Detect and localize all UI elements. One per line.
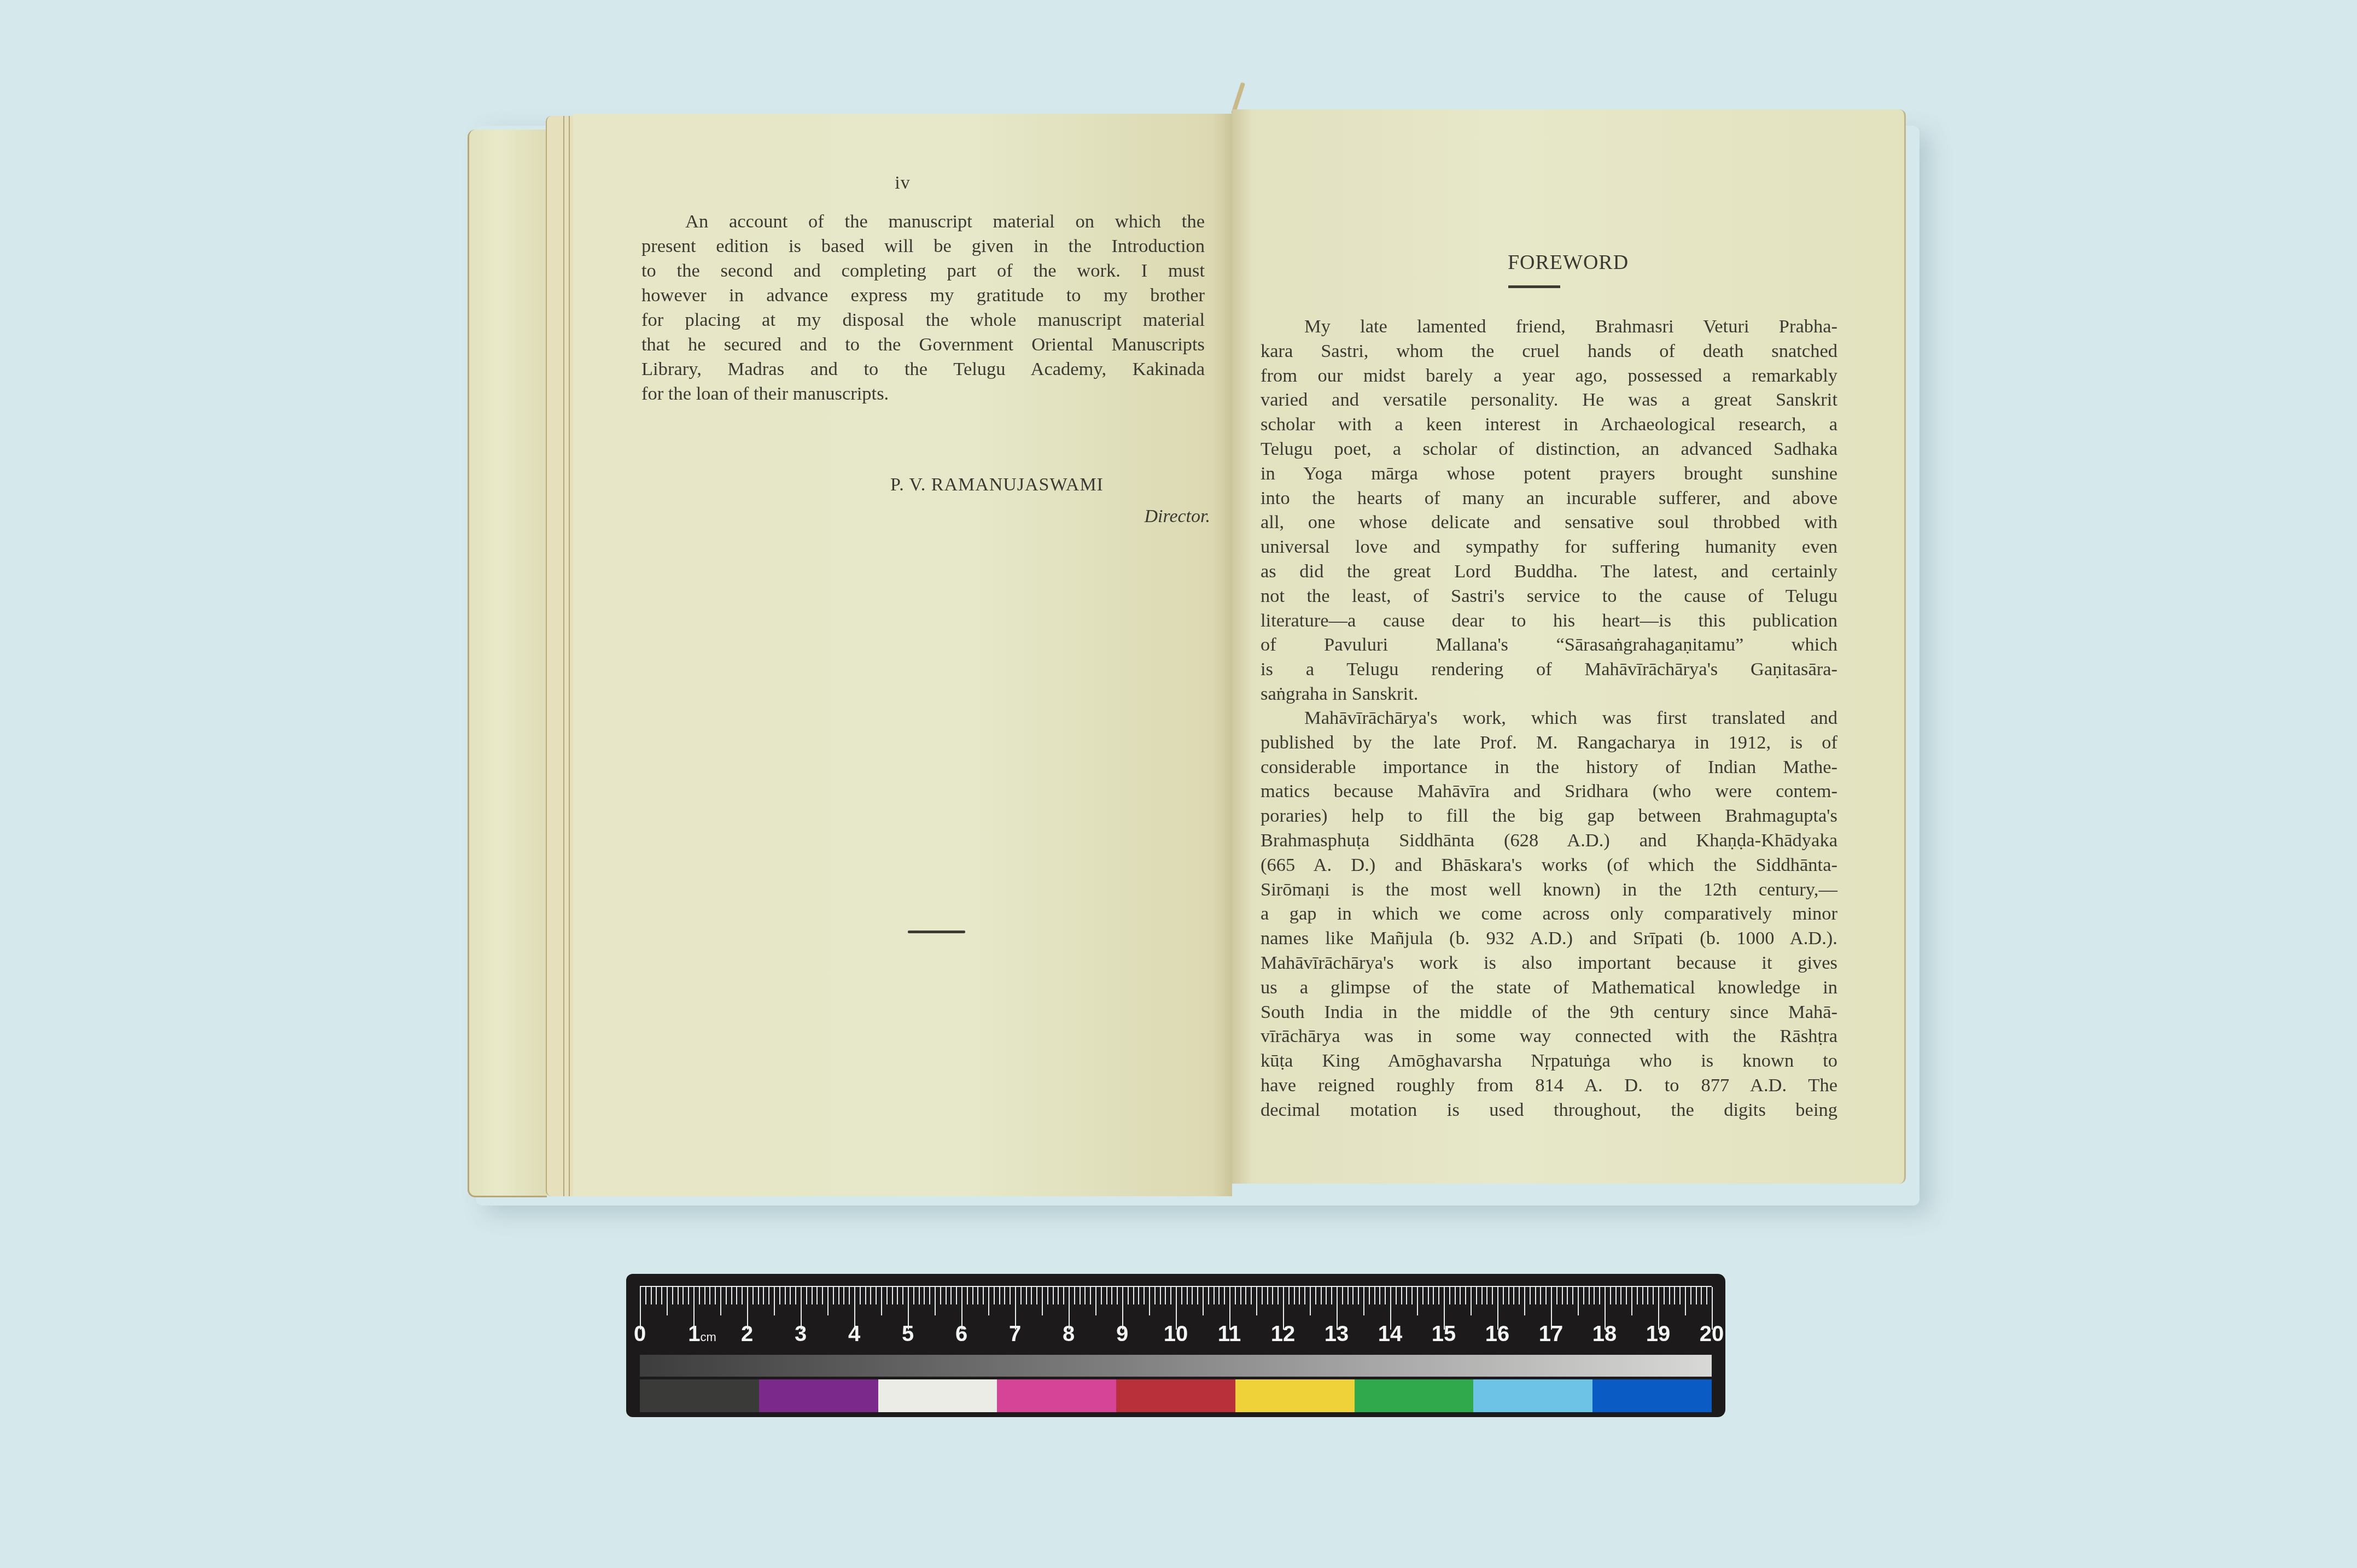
ruler-tick bbox=[860, 1287, 861, 1304]
ruler-tick bbox=[892, 1287, 893, 1304]
end-rule bbox=[908, 931, 965, 933]
ruler-tick bbox=[795, 1287, 796, 1304]
page-title: FOREWORD bbox=[1232, 250, 1904, 274]
text-line: a gap in which we come across only compa… bbox=[1261, 902, 1837, 926]
text-line: names like Mañjula (b. 932 A.D.) and Srī… bbox=[1261, 926, 1837, 951]
ruler-tick bbox=[822, 1287, 823, 1304]
color-swatch bbox=[997, 1379, 1116, 1412]
ruler-number: 3 bbox=[795, 1322, 807, 1347]
color-swatch bbox=[1355, 1379, 1474, 1412]
ruler-tick bbox=[742, 1287, 743, 1304]
ruler-tick bbox=[983, 1287, 984, 1304]
text-line: into the hearts of many an incurable suf… bbox=[1261, 486, 1837, 511]
ruler-tick bbox=[1084, 1287, 1086, 1304]
ruler-tick bbox=[1374, 1287, 1375, 1304]
ruler-tick bbox=[1642, 1287, 1643, 1304]
text-line: as did the great Lord Buddha. The latest… bbox=[1261, 559, 1837, 584]
ruler-tick bbox=[1631, 1287, 1632, 1315]
ruler-tick bbox=[838, 1287, 839, 1304]
ruler-unit-label: cm bbox=[700, 1330, 716, 1344]
ruler-numbers: 01cm234567891011121314151617181920 bbox=[626, 1322, 1725, 1349]
text-line: to the second and completing part of the… bbox=[641, 259, 1205, 283]
ruler-tick bbox=[1519, 1287, 1520, 1304]
ruler-tick bbox=[1294, 1287, 1295, 1304]
ruler-tick bbox=[752, 1287, 754, 1304]
text-line: kūṭa King Amōghavarsha Nṛpatuṅga who is … bbox=[1261, 1049, 1837, 1073]
text-line: Mahāvīrāchārya's work, which was first t… bbox=[1261, 706, 1837, 730]
ruler-number: 13 bbox=[1325, 1322, 1349, 1347]
ruler-tick bbox=[661, 1287, 662, 1304]
ruler-tick bbox=[1706, 1287, 1707, 1304]
ruler-number: 7 bbox=[1009, 1322, 1021, 1347]
ruler-tick bbox=[645, 1287, 646, 1304]
ruler-tick bbox=[731, 1287, 732, 1304]
ruler-number: 2 bbox=[741, 1322, 753, 1347]
ruler-tick bbox=[1620, 1287, 1621, 1304]
ruler-tick bbox=[950, 1287, 952, 1304]
text-line: My late lamented friend, Brahmasri Vetur… bbox=[1261, 314, 1837, 339]
ruler-tick bbox=[709, 1287, 710, 1304]
ruler-tick bbox=[1117, 1287, 1118, 1304]
ruler-tick bbox=[1047, 1287, 1048, 1304]
text-line: is a Telugu rendering of Mahāvīrāchārya'… bbox=[1261, 657, 1837, 682]
ruler-tick bbox=[1106, 1287, 1107, 1304]
ruler-tick bbox=[699, 1287, 700, 1304]
ruler-tick bbox=[1524, 1287, 1525, 1315]
ruler-tick bbox=[1138, 1287, 1139, 1304]
ruler-tick bbox=[1465, 1287, 1466, 1304]
ruler-number: 8 bbox=[1063, 1322, 1075, 1347]
ruler-tick bbox=[656, 1287, 657, 1304]
ruler-tick bbox=[994, 1287, 995, 1304]
ruler-tick bbox=[763, 1287, 764, 1304]
text-line: (665 A. D.) and Bhāskara's works (of whi… bbox=[1261, 853, 1837, 877]
ruler-tick bbox=[929, 1287, 930, 1304]
ruler-tick bbox=[1267, 1287, 1268, 1304]
ruler-tick bbox=[1128, 1287, 1129, 1304]
text-line: for placing at my disposal the whole man… bbox=[641, 308, 1205, 332]
ruler-tick bbox=[1396, 1287, 1397, 1304]
ruler-tick bbox=[785, 1287, 786, 1304]
page-number: iv bbox=[573, 173, 1232, 194]
ruler-tick bbox=[1455, 1287, 1456, 1304]
text-line: present edition is based will be given i… bbox=[641, 234, 1205, 259]
ruler-tick bbox=[812, 1287, 813, 1304]
ruler-tick bbox=[1224, 1287, 1225, 1304]
ruler-tick bbox=[1626, 1287, 1627, 1304]
text-line: kara Sastri, whom the cruel hands of dea… bbox=[1261, 339, 1837, 364]
ruler-tick bbox=[1251, 1287, 1252, 1304]
text-line: literature—a cause dear to his heart—is … bbox=[1261, 609, 1837, 633]
ruler-tick bbox=[946, 1287, 947, 1304]
ruler-tick bbox=[790, 1287, 791, 1304]
ruler-tick bbox=[1690, 1287, 1691, 1304]
text-line: considerable importance in the history o… bbox=[1261, 755, 1837, 780]
ruler-tick bbox=[1406, 1287, 1407, 1304]
ruler-tick bbox=[1315, 1287, 1316, 1304]
ruler-tick bbox=[1165, 1287, 1166, 1304]
ruler-tick bbox=[1572, 1287, 1573, 1304]
ruler-number: 0 bbox=[634, 1322, 646, 1347]
text-line: universal love and sympathy for sufferin… bbox=[1261, 535, 1837, 559]
color-swatch bbox=[878, 1379, 997, 1412]
ruler-tick bbox=[1685, 1287, 1686, 1315]
signature-name: P. V. RAMANUJASWAMI bbox=[890, 475, 1104, 495]
ruler-tick bbox=[1160, 1287, 1161, 1304]
ruler-tick bbox=[1352, 1287, 1353, 1304]
text-line: varied and versatile personality. He was… bbox=[1261, 388, 1837, 412]
ruler-tick bbox=[1379, 1287, 1380, 1304]
ruler-tick bbox=[1433, 1287, 1434, 1304]
ruler-tick bbox=[1653, 1287, 1654, 1304]
ruler-tick bbox=[913, 1287, 914, 1304]
ruler-tick bbox=[816, 1287, 818, 1304]
ruler-tick bbox=[1218, 1287, 1220, 1304]
ruler-tick bbox=[1428, 1287, 1429, 1304]
foreword-paragraph-1: My late lamented friend, Brahmasri Vetur… bbox=[1261, 314, 1837, 706]
ruler-tick bbox=[1326, 1287, 1327, 1304]
ruler-tick bbox=[1208, 1287, 1209, 1304]
ruler-tick bbox=[902, 1287, 903, 1304]
ruler-tick bbox=[1578, 1287, 1579, 1315]
heading-rule bbox=[1508, 285, 1560, 288]
ruler-tick bbox=[1277, 1287, 1279, 1304]
ruler-number: 20 bbox=[1700, 1322, 1724, 1347]
ruler-tick bbox=[1010, 1287, 1011, 1304]
ruler-tick bbox=[849, 1287, 850, 1304]
ruler-tick bbox=[1149, 1287, 1150, 1315]
text-line: Mahāvīrāchārya's work is also important … bbox=[1261, 951, 1837, 975]
ruler-tick bbox=[1476, 1287, 1477, 1304]
ruler-tick bbox=[1245, 1287, 1246, 1304]
ruler-tick bbox=[881, 1287, 882, 1315]
signature-title: Director. bbox=[1144, 506, 1210, 527]
ruler-number: 14 bbox=[1378, 1322, 1403, 1347]
ruler-tick bbox=[999, 1287, 1000, 1304]
ruler-tick bbox=[1262, 1287, 1263, 1304]
ruler-tick bbox=[1664, 1287, 1665, 1304]
ruler-tick bbox=[682, 1287, 684, 1304]
ruler-tick bbox=[1358, 1287, 1359, 1304]
text-line: not the least, of Sastri's service to th… bbox=[1261, 584, 1837, 609]
ruler-tick bbox=[1513, 1287, 1514, 1304]
color-swatch bbox=[640, 1379, 759, 1412]
ruler-tick bbox=[967, 1287, 968, 1304]
ruler-tick bbox=[1438, 1287, 1439, 1304]
ruler-tick bbox=[736, 1287, 737, 1304]
ruler-tick bbox=[1187, 1287, 1188, 1304]
ruler-tick bbox=[1053, 1287, 1054, 1304]
ruler-number: 16 bbox=[1485, 1322, 1510, 1347]
ruler-tick bbox=[1042, 1287, 1043, 1315]
ruler-tick bbox=[1562, 1287, 1563, 1304]
measurement-ruler: 01cm234567891011121314151617181920 bbox=[626, 1274, 1725, 1417]
ruler-number: 15 bbox=[1432, 1322, 1456, 1347]
ruler-tick bbox=[1036, 1287, 1037, 1304]
color-swatch bbox=[1116, 1379, 1235, 1412]
text-line: scholar with a keen interest in Archaeol… bbox=[1261, 412, 1837, 437]
ruler-tick bbox=[1026, 1287, 1027, 1304]
ruler-tick bbox=[1197, 1287, 1198, 1304]
ruler-tick bbox=[1235, 1287, 1236, 1304]
ruler-tick bbox=[1058, 1287, 1059, 1304]
ruler-tick bbox=[1492, 1287, 1493, 1304]
ruler-tick bbox=[1133, 1287, 1134, 1304]
ruler-tick bbox=[1615, 1287, 1617, 1304]
ruler-tick bbox=[1594, 1287, 1595, 1304]
ruler-tick bbox=[935, 1287, 936, 1315]
ruler-tick bbox=[1503, 1287, 1504, 1304]
text-line: that he secured and to the Government Or… bbox=[641, 332, 1205, 357]
ruler-number: 17 bbox=[1539, 1322, 1563, 1347]
ruler-tick bbox=[1321, 1287, 1322, 1304]
ruler-tick bbox=[1363, 1287, 1364, 1315]
ruler-number: 11 bbox=[1218, 1322, 1241, 1347]
ruler-tick bbox=[720, 1287, 721, 1315]
ruler-number: 5 bbox=[902, 1322, 914, 1347]
ruler-tick bbox=[865, 1287, 866, 1304]
ruler-tick bbox=[678, 1287, 679, 1304]
ruler-number: 19 bbox=[1646, 1322, 1671, 1347]
left-page: iv An account of the manuscript material… bbox=[573, 114, 1232, 1196]
ruler-tick bbox=[1471, 1287, 1472, 1315]
ruler-tick bbox=[1530, 1287, 1531, 1304]
ruler-tick bbox=[1347, 1287, 1349, 1304]
ruler-tick bbox=[843, 1287, 844, 1304]
ruler-tick bbox=[1181, 1287, 1182, 1304]
right-page: FOREWORD My late lamented friend, Brahma… bbox=[1232, 109, 1906, 1184]
ruler-tick bbox=[1674, 1287, 1675, 1304]
ruler-number: 6 bbox=[955, 1322, 967, 1347]
ruler-tick bbox=[1095, 1287, 1096, 1315]
ruler-tick bbox=[715, 1287, 716, 1304]
text-line: Telugu poet, a scholar of distinction, a… bbox=[1261, 437, 1837, 461]
ruler-tick bbox=[1090, 1287, 1091, 1304]
ruler-tick bbox=[1540, 1287, 1541, 1304]
ruler-tick bbox=[1411, 1287, 1413, 1304]
ruler-tick bbox=[1331, 1287, 1332, 1304]
color-calibration-bar bbox=[640, 1379, 1712, 1412]
ruler-tick bbox=[1460, 1287, 1461, 1304]
text-line: matics because Mahāvīra and Sridhara (wh… bbox=[1261, 779, 1837, 804]
ruler-tick bbox=[1535, 1287, 1536, 1304]
text-line: us a glimpse of the state of Mathematica… bbox=[1261, 975, 1837, 1000]
text-line: of Pavuluri Mallana's “Sārasaṅgrahagaṇit… bbox=[1261, 633, 1837, 657]
ruler-tick bbox=[876, 1287, 877, 1304]
text-line: decimal motation is used throughout, the… bbox=[1261, 1098, 1837, 1122]
ruler-tick bbox=[1508, 1287, 1509, 1304]
ruler-tick bbox=[1342, 1287, 1343, 1304]
text-line: Library, Madras and to the Telugu Academ… bbox=[641, 357, 1205, 382]
ruler-tick bbox=[1299, 1287, 1300, 1304]
text-line: South India in the middle of the 9th cen… bbox=[1261, 1000, 1837, 1025]
ruler-tick bbox=[1599, 1287, 1600, 1304]
text-line: An account of the manuscript material on… bbox=[641, 209, 1205, 234]
acknowledgement-paragraph: An account of the manuscript material on… bbox=[641, 209, 1205, 406]
ruler-tick bbox=[1385, 1287, 1386, 1304]
ruler-tick bbox=[1031, 1287, 1032, 1304]
ruler-tick bbox=[940, 1287, 941, 1304]
text-line: for the loan of their manuscripts. bbox=[641, 382, 1205, 406]
ruler-number: 1cm bbox=[688, 1322, 716, 1347]
ruler-tick bbox=[651, 1287, 652, 1304]
ruler-tick bbox=[1080, 1287, 1081, 1304]
ruler-tick bbox=[1417, 1287, 1418, 1315]
ruler-tick bbox=[1154, 1287, 1156, 1304]
foreword-paragraph-2: Mahāvīrāchārya's work, which was first t… bbox=[1261, 706, 1837, 1122]
ruler-tick bbox=[704, 1287, 705, 1304]
ruler-tick bbox=[924, 1287, 925, 1304]
ruler-tick bbox=[827, 1287, 829, 1315]
ruler-tick bbox=[1567, 1287, 1568, 1304]
ruler-tick bbox=[1304, 1287, 1305, 1304]
text-line: published by the late Prof. M. Rangachar… bbox=[1261, 730, 1837, 755]
ruler-tick bbox=[1063, 1287, 1064, 1304]
ruler-tick bbox=[886, 1287, 888, 1304]
ruler-tick bbox=[726, 1287, 727, 1304]
color-swatch bbox=[1235, 1379, 1355, 1412]
ruler-tick bbox=[1203, 1287, 1204, 1315]
text-line: poraries) help to fill the big gap betwe… bbox=[1261, 804, 1837, 828]
ruler-tick bbox=[1111, 1287, 1112, 1304]
text-line: have reigned roughly from 814 A. D. to 8… bbox=[1261, 1073, 1837, 1098]
ruler-tick bbox=[688, 1287, 689, 1304]
ruler-number: 18 bbox=[1592, 1322, 1617, 1347]
grayscale-bar bbox=[640, 1355, 1712, 1377]
ruler-tick bbox=[1701, 1287, 1702, 1304]
ruler-tick bbox=[1583, 1287, 1584, 1304]
ruler-tick bbox=[833, 1287, 834, 1304]
ruler-tick bbox=[758, 1287, 759, 1304]
ruler-tick bbox=[1669, 1287, 1670, 1304]
ruler-tick bbox=[919, 1287, 920, 1304]
ruler-tick bbox=[972, 1287, 973, 1304]
ruler-tick bbox=[988, 1287, 989, 1315]
text-line: vīrāchārya was in some way connected wit… bbox=[1261, 1024, 1837, 1049]
ruler-tick bbox=[1192, 1287, 1193, 1304]
ruler-tick bbox=[1288, 1287, 1290, 1304]
ruler-tick bbox=[1637, 1287, 1638, 1304]
ruler-tick bbox=[1240, 1287, 1241, 1304]
ruler-tick bbox=[768, 1287, 769, 1304]
ruler-tick bbox=[1679, 1287, 1681, 1304]
color-swatch bbox=[1473, 1379, 1592, 1412]
ruler-tick bbox=[667, 1287, 668, 1315]
ruler-tick bbox=[1310, 1287, 1311, 1315]
ruler-tick bbox=[672, 1287, 673, 1304]
ruler-tick bbox=[977, 1287, 978, 1304]
ruler-tick bbox=[774, 1287, 775, 1315]
color-swatch bbox=[759, 1379, 878, 1412]
book-cover-flap bbox=[468, 130, 547, 1197]
ruler-tick bbox=[1422, 1287, 1423, 1304]
ruler-tick bbox=[1610, 1287, 1611, 1304]
ruler-number: 12 bbox=[1271, 1322, 1296, 1347]
ruler-tick bbox=[1272, 1287, 1273, 1304]
ruler-tick bbox=[1004, 1287, 1005, 1304]
ruler-tick bbox=[1481, 1287, 1483, 1304]
text-line: Sirōmaṇi is the most well known) in the … bbox=[1261, 877, 1837, 902]
ruler-tick bbox=[1449, 1287, 1450, 1304]
text-line: however in advance express my gratitude … bbox=[641, 283, 1205, 308]
ruler-tick bbox=[1589, 1287, 1590, 1304]
text-line: saṅgraha in Sanskrit. bbox=[1261, 682, 1837, 706]
ruler-tick bbox=[1556, 1287, 1557, 1304]
ruler-tick bbox=[1545, 1287, 1547, 1304]
text-line: from our midst barely a year ago, posses… bbox=[1261, 364, 1837, 388]
ruler-tick bbox=[1074, 1287, 1075, 1304]
ruler-tick bbox=[870, 1287, 871, 1304]
ruler-number: 10 bbox=[1164, 1322, 1188, 1347]
ruler-tick bbox=[1486, 1287, 1487, 1304]
text-line: Brahmasphuṭa Siddhānta (628 A.D.) and Kh… bbox=[1261, 828, 1837, 853]
page-stack-edge bbox=[546, 116, 573, 1196]
ruler-tick bbox=[1101, 1287, 1102, 1304]
color-swatch bbox=[1592, 1379, 1712, 1412]
ruler-tick bbox=[1020, 1287, 1022, 1304]
text-line: in Yoga mārga whose potent prayers broug… bbox=[1261, 461, 1837, 486]
ruler-tick bbox=[806, 1287, 807, 1304]
ruler-tick bbox=[1647, 1287, 1648, 1304]
text-line: all, one whose delicate and sensative so… bbox=[1261, 510, 1837, 535]
ruler-tick bbox=[1170, 1287, 1171, 1304]
ruler-tick bbox=[1696, 1287, 1697, 1304]
ruler-tick bbox=[1256, 1287, 1257, 1315]
ruler-tick bbox=[1401, 1287, 1402, 1304]
ruler-tick bbox=[1369, 1287, 1370, 1304]
ruler-tick bbox=[779, 1287, 780, 1304]
ruler-tick bbox=[1144, 1287, 1145, 1304]
ruler-number: 4 bbox=[848, 1322, 860, 1347]
ruler-tick bbox=[1213, 1287, 1215, 1304]
ruler-tick bbox=[897, 1287, 898, 1304]
ruler-tick bbox=[956, 1287, 957, 1304]
ruler-number: 9 bbox=[1116, 1322, 1128, 1347]
